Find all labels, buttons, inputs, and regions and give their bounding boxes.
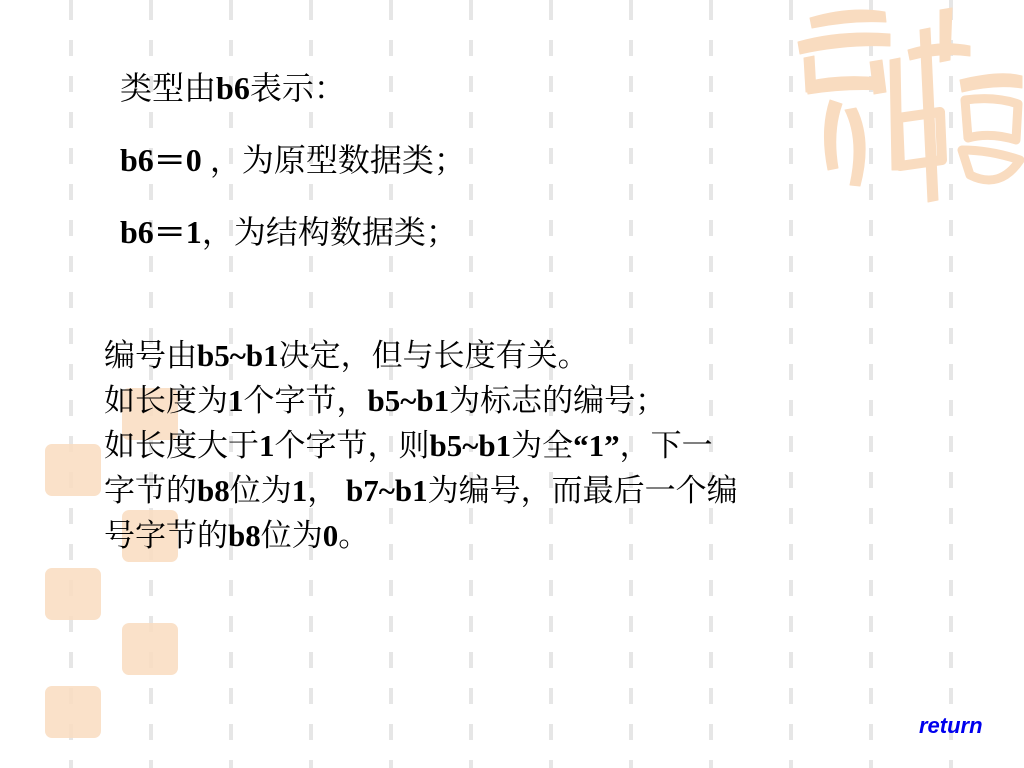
- type-heading: 类型由b6表示：: [120, 72, 466, 144]
- number-section: 编号由b5~b1决定，但与长度有关。 如长度为1个字节，b5~b1为标志的编号；…: [104, 340, 738, 565]
- seal-stamp-icon: [45, 568, 101, 620]
- return-link[interactable]: return: [919, 713, 983, 739]
- seal-stamp-icon: [45, 444, 101, 496]
- number-line-5: 号字节的b8位为0。: [104, 520, 738, 565]
- type-primitive-line: b6＝0 ，为原型数据类；: [120, 144, 466, 216]
- number-line-2: 如长度为1个字节，b5~b1为标志的编号；: [104, 385, 738, 430]
- seal-stamp-icon: [45, 686, 101, 738]
- type-section: 类型由b6表示： b6＝0 ，为原型数据类； b6＝1，为结构数据类；: [120, 72, 466, 288]
- number-line-3: 如长度大于1个字节，则b5~b1为全“1”，下一: [104, 430, 738, 475]
- seal-stamp-icon: [122, 623, 178, 675]
- number-line-4: 字节的b8位为1， b7~b1为编号，而最后一个编: [104, 475, 738, 520]
- type-structured-line: b6＝1，为结构数据类；: [120, 216, 466, 288]
- number-line-1: 编号由b5~b1决定，但与长度有关。: [104, 340, 738, 385]
- auspicious-seal-icon: [790, 0, 1024, 215]
